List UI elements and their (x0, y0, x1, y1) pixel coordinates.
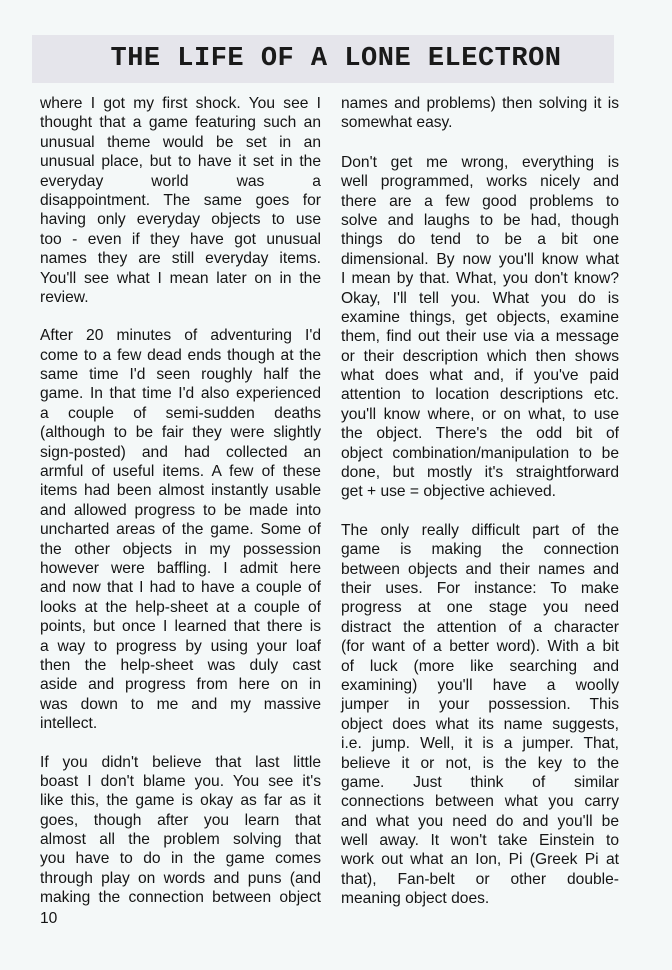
text-line: examine things, get objects, examine (341, 308, 619, 327)
text-line: was down to me and my massive (40, 695, 321, 714)
paragraph-5: Don't get me wrong, everything is well p… (341, 153, 619, 502)
text-line: game. Just think of similar (341, 773, 619, 792)
text-line: well programmed, works nicely and (341, 172, 619, 191)
text-line: armful of useful items. A few of these (40, 462, 321, 481)
text-line: come to a few dead ends though at the (40, 346, 321, 365)
text-line: them, find out their use via a message (341, 327, 619, 346)
text-line: somewhat easy. (341, 113, 619, 132)
text-line: work out what an Ion, Pi (Greek Pi at (341, 850, 619, 869)
text-line: After 20 minutes of adventuring I'd (40, 326, 321, 345)
text-line: that), Fan-belt or other double- (341, 870, 619, 889)
text-line: uncharted areas of the game. Some of (40, 520, 321, 539)
text-line: the other objects in my possession (40, 540, 321, 559)
text-line: examining) you'll have a woolly (341, 676, 619, 695)
paragraph-1: where I got my first shock. You see I th… (40, 94, 321, 307)
text-line: dimensional. By now you'll know what (341, 250, 619, 269)
text-line: You'll see what I mean later on in the (40, 269, 321, 288)
text-line: goes, though after you learn that (40, 811, 321, 830)
text-line: distract the attention of a character (341, 618, 619, 637)
text-line: done, but mostly it's straightforward (341, 463, 619, 482)
text-line: unusual place, but to have it set in the (40, 152, 321, 171)
text-line: progress at one stage you need (341, 598, 619, 617)
paragraph-gap (341, 502, 619, 521)
text-line: the object. There's the odd bit of (341, 424, 619, 443)
text-line: game is making the connection (341, 540, 619, 559)
paragraph-2: After 20 minutes of adventuring I'd come… (40, 326, 321, 733)
text-line: disappointment. The same goes for (40, 191, 321, 210)
text-line: well away. It won't take Einstein to (341, 831, 619, 850)
text-line: names they are still everyday items. (40, 249, 321, 268)
paragraph-6: The only really difficult part of the ga… (341, 521, 619, 909)
text-line: same time I'd seen roughly half the (40, 365, 321, 384)
text-line: and now that I had to have a couple of (40, 578, 321, 597)
text-line: If you didn't believe that last little (40, 753, 321, 772)
text-line: i.e. jump. Well, it is a jumper. That, (341, 734, 619, 753)
text-line: connections between what you carry (341, 792, 619, 811)
text-line: where I got my first shock. You see I (40, 94, 321, 113)
paragraph-4: names and problems) then solving it is s… (341, 94, 619, 133)
text-line: Don't get me wrong, everything is (341, 153, 619, 172)
text-line: things do tend to be a bit one (341, 230, 619, 249)
text-line: there are a few good problems to (341, 192, 619, 211)
paragraph-gap (40, 734, 321, 753)
text-line: looks at the help-sheet at a couple of (40, 598, 321, 617)
text-line: The only really difficult part of the (341, 521, 619, 540)
text-line: solve and laughs to be had, though (341, 211, 619, 230)
text-line: attention to location descriptions etc. (341, 385, 619, 404)
text-line: having only everyday objects to use (40, 210, 321, 229)
text-line: through play on words and puns (and (40, 869, 321, 888)
text-line: unusual theme would be set in an (40, 133, 321, 152)
text-line: (although to be fair they were slightly (40, 423, 321, 442)
text-line: get + use = objective achieved. (341, 482, 619, 501)
text-line: then the help-sheet was duly cast (40, 656, 321, 675)
text-line: game. In that time I'd also experienced (40, 384, 321, 403)
text-line: names and problems) then solving it is (341, 94, 619, 113)
text-line: intellect. (40, 714, 321, 733)
text-line: a couple of semi-sudden deaths (40, 404, 321, 423)
text-line: what does what and, if you've paid (341, 366, 619, 385)
text-line: too - even if they have got unusual (40, 230, 321, 249)
text-line: like this, the game is okay as far as it (40, 791, 321, 810)
right-column: names and problems) then solving it is s… (341, 94, 619, 909)
text-line: object does what its name suggests, (341, 715, 619, 734)
text-line: and what you need do and you'll be (341, 812, 619, 831)
text-line: almost all the problem solving that (40, 830, 321, 849)
article-title: THE LIFE OF A LONE ELECTRON (0, 35, 672, 83)
text-line: and allowed progress to be made into (40, 501, 321, 520)
text-line: review. (40, 288, 321, 307)
text-line: (for want of a better word). With a bit (341, 637, 619, 656)
page-number: 10 (40, 909, 57, 928)
text-line: a way to progress by using your loaf (40, 637, 321, 656)
text-line: points, but once I learned that there is (40, 617, 321, 636)
text-line: believe it or not, is the key to the (341, 754, 619, 773)
text-line: you'll know where, or on what, to use (341, 405, 619, 424)
text-line: you have to do in the game comes (40, 849, 321, 868)
paragraph-gap (40, 307, 321, 326)
text-line: sign-posted) and had collected an (40, 443, 321, 462)
paragraph-3: If you didn't believe that last little b… (40, 753, 321, 908)
text-line: items had been almost instantly usable (40, 481, 321, 500)
text-line: I mean by that. What, you don't know? (341, 269, 619, 288)
text-line: or their description which then shows (341, 347, 619, 366)
text-line: between objects and their names and (341, 560, 619, 579)
text-line: everyday world was a (40, 172, 321, 191)
left-column: where I got my first shock. You see I th… (40, 94, 321, 908)
text-line: jumper in your possession. This (341, 695, 619, 714)
text-line: object combination/manipulation to be (341, 444, 619, 463)
text-line: boast I don't blame you. You see it's (40, 772, 321, 791)
text-line: their uses. For instance: To make (341, 579, 619, 598)
text-line: making the connection between object (40, 888, 321, 907)
text-line: meaning object does. (341, 889, 619, 908)
text-line: thought that a game featuring such an (40, 113, 321, 132)
text-line: of luck (more like searching and (341, 657, 619, 676)
paragraph-gap (341, 133, 619, 153)
text-line: Okay, I'll tell you. What you do is (341, 289, 619, 308)
text-line: however were baffling. I admit here (40, 559, 321, 578)
text-line: aside and progress from here on in (40, 675, 321, 694)
